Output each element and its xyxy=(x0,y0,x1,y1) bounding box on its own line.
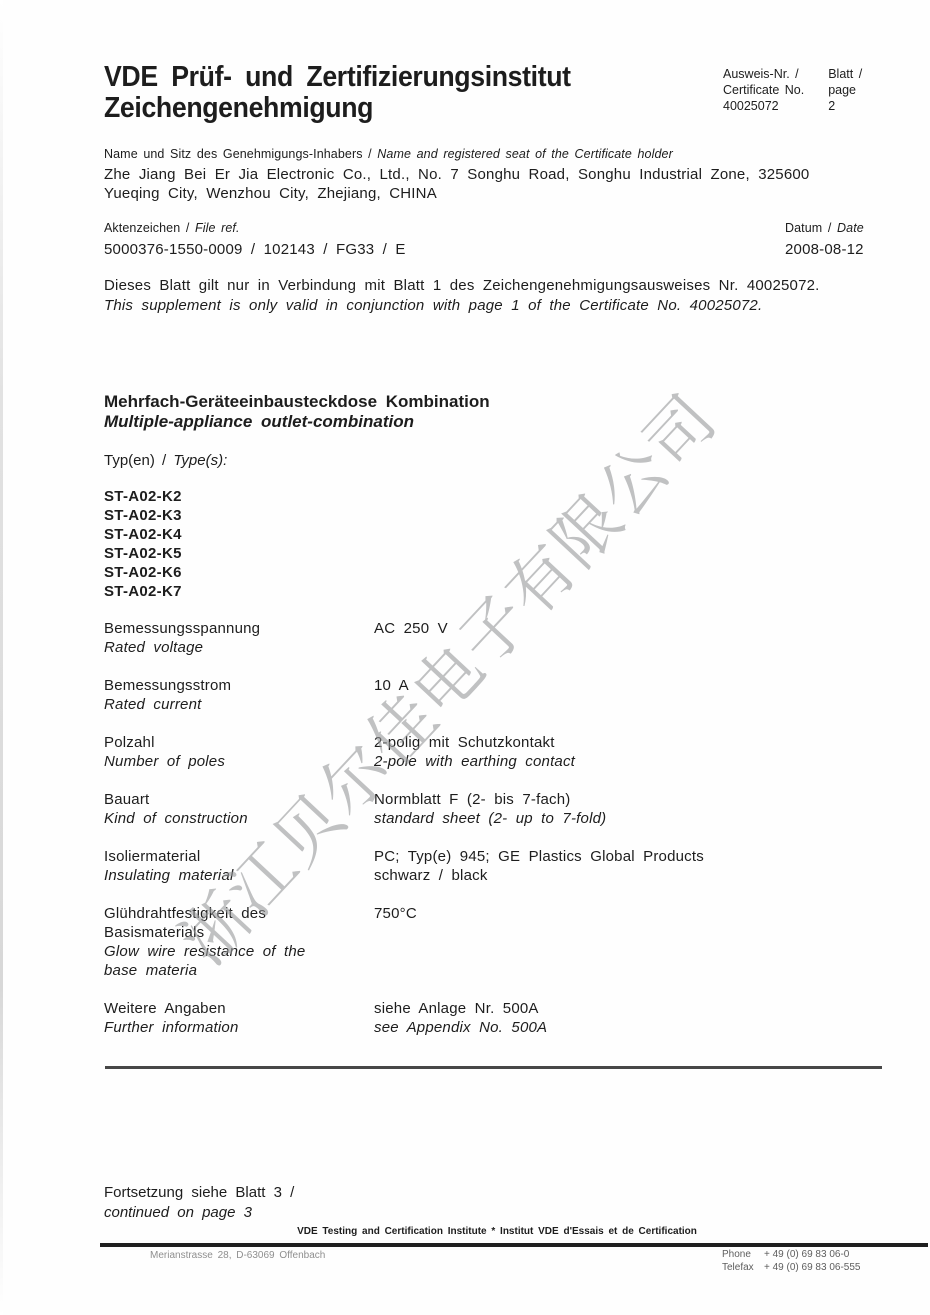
spec-label-en: Rated current xyxy=(104,695,374,714)
phone-row: Phone + 49 (0) 69 83 06-0 xyxy=(722,1248,860,1261)
spec-label-en: Kind of construction xyxy=(104,809,374,828)
cert-no-label-de: Ausweis-Nr. / xyxy=(723,66,804,82)
mid-page-rule xyxy=(105,1066,882,1069)
spec-label: Isoliermaterial Insulating material xyxy=(104,847,374,885)
fax-label: Telefax xyxy=(722,1261,764,1274)
spec-value: Normblatt F (2- bis 7-fach) standard she… xyxy=(374,790,824,828)
sheet-label-de: Blatt / xyxy=(828,66,862,82)
spec-label-en: base materia xyxy=(104,961,374,980)
footer-rule xyxy=(100,1243,928,1247)
spec-value: 2-polig mit Schutzkontakt 2-pole with ea… xyxy=(374,733,824,771)
file-ref-section: Aktenzeichen / File ref. 5000376-1550-00… xyxy=(104,221,406,259)
holder-label-de: Name und Sitz des Genehmigungs-Inhabers … xyxy=(104,147,377,161)
certificate-page: 浙江贝尔佳电子有限公司 VDE Prüf- und Zertifizierung… xyxy=(0,0,930,1315)
spec-label-de: Bemessungsstrom xyxy=(104,676,374,695)
date-label-en: Date xyxy=(837,221,864,235)
spec-label-en: Glow wire resistance of the xyxy=(104,942,374,961)
product-title-de: Mehrfach-Geräteeinbausteckdose Kombinati… xyxy=(104,392,490,412)
type-item: ST-A02-K5 xyxy=(104,544,182,563)
spec-label: Glühdrahtfestigkeit des Basismaterials G… xyxy=(104,904,374,980)
file-ref-value: 5000376-1550-0009 / 102143 / FG33 / E xyxy=(104,240,406,259)
type-item: ST-A02-K3 xyxy=(104,506,182,525)
sheet-no-value: 2 xyxy=(828,98,862,114)
spec-value-line: 10 A xyxy=(374,676,824,695)
spec-row-rated-current: Bemessungsstrom Rated current 10 A xyxy=(104,676,824,714)
holder-address-line1: Zhe Jiang Bei Er Jia Electronic Co., Ltd… xyxy=(104,165,809,184)
spec-value: AC 250 V xyxy=(374,619,824,657)
types-label: Typ(en) / Type(s): xyxy=(104,452,227,469)
institute-title-line1: VDE Prüf- und Zertifizierungsinstitut xyxy=(104,62,571,93)
file-ref-label: Aktenzeichen / File ref. xyxy=(104,221,406,235)
spec-row-number-of-poles: Polzahl Number of poles 2-polig mit Schu… xyxy=(104,733,824,771)
product-title-en: Multiple-appliance outlet-combination xyxy=(104,412,490,432)
spec-value-line: schwarz / black xyxy=(374,866,824,885)
product-title: Mehrfach-Geräteeinbausteckdose Kombinati… xyxy=(104,392,490,432)
spec-value: siehe Anlage Nr. 500A see Appendix No. 5… xyxy=(374,999,824,1037)
spec-label: Bemessungsstrom Rated current xyxy=(104,676,374,714)
continuation-note: Fortsetzung siehe Blatt 3 / continued on… xyxy=(104,1183,294,1223)
spec-label: Polzahl Number of poles xyxy=(104,733,374,771)
spec-value-line: 2-polig mit Schutzkontakt xyxy=(374,733,824,752)
validity-note-en: This supplement is only valid in conjunc… xyxy=(104,296,820,316)
footer-address: Merianstrasse 28, D-63069 Offenbach xyxy=(150,1250,325,1261)
cert-no-label-en: Certificate No. xyxy=(723,82,804,98)
spec-value-line-en: see Appendix No. 500A xyxy=(374,1018,824,1037)
holder-address-line2: Yueqing City, Wenzhou City, Zhejiang, CH… xyxy=(104,184,809,203)
spec-row-further-information: Weitere Angaben Further information sieh… xyxy=(104,999,824,1037)
fax-number: + 49 (0) 69 83 06-555 xyxy=(764,1261,860,1274)
spec-value-line: Normblatt F (2- bis 7-fach) xyxy=(374,790,824,809)
spec-label-en: Rated voltage xyxy=(104,638,374,657)
scan-edge-artifact xyxy=(0,0,3,1315)
file-ref-label-en: File ref. xyxy=(195,221,240,235)
spec-label: Bemessungsspannung Rated voltage xyxy=(104,619,374,657)
types-label-en: Type(s): xyxy=(173,452,227,469)
spec-label: Weitere Angaben Further information xyxy=(104,999,374,1037)
institute-footer-line: VDE Testing and Certification Institute … xyxy=(104,1226,890,1237)
spec-label-de: Polzahl xyxy=(104,733,374,752)
spec-value: PC; Typ(e) 945; GE Plastics Global Produ… xyxy=(374,847,824,885)
validity-note: Dieses Blatt gilt nur in Verbindung mit … xyxy=(104,276,820,316)
certificate-number-block: Ausweis-Nr. / Certificate No. 40025072 B… xyxy=(723,66,862,114)
type-list: ST-A02-K2 ST-A02-K3 ST-A02-K4 ST-A02-K5 … xyxy=(104,487,182,601)
spec-row-construction: Bauart Kind of construction Normblatt F … xyxy=(104,790,824,828)
spec-value-line-en: 2-pole with earthing contact xyxy=(374,752,824,771)
holder-section: Name und Sitz des Genehmigungs-Inhabers … xyxy=(104,147,809,203)
phone-number: + 49 (0) 69 83 06-0 xyxy=(764,1248,849,1261)
date-label: Datum / Date xyxy=(785,221,864,235)
spec-label-de: Basismaterials xyxy=(104,923,374,942)
spec-label: Bauart Kind of construction xyxy=(104,790,374,828)
spec-value: 750°C xyxy=(374,904,824,980)
spec-label-de: Bauart xyxy=(104,790,374,809)
fax-row: Telefax + 49 (0) 69 83 06-555 xyxy=(722,1261,860,1274)
spec-row-glow-wire: Glühdrahtfestigkeit des Basismaterials G… xyxy=(104,904,824,980)
spec-label-en: Insulating material xyxy=(104,866,374,885)
holder-label-en: Name and registered seat of the Certific… xyxy=(377,147,673,161)
spec-label-de: Bemessungsspannung xyxy=(104,619,374,638)
spec-label-en: Further information xyxy=(104,1018,374,1037)
validity-note-de: Dieses Blatt gilt nur in Verbindung mit … xyxy=(104,276,820,296)
spec-value-line: AC 250 V xyxy=(374,619,824,638)
spec-label-de: Glühdrahtfestigkeit des xyxy=(104,904,374,923)
spec-label-en: Number of poles xyxy=(104,752,374,771)
cert-no-value: 40025072 xyxy=(723,98,804,114)
file-ref-label-de: Aktenzeichen / xyxy=(104,221,195,235)
continuation-de: Fortsetzung siehe Blatt 3 / xyxy=(104,1183,294,1203)
types-label-de: Typ(en) / xyxy=(104,452,173,469)
type-item: ST-A02-K2 xyxy=(104,487,182,506)
holder-address: Zhe Jiang Bei Er Jia Electronic Co., Ltd… xyxy=(104,165,809,203)
sheet-label-en: page xyxy=(828,82,862,98)
spec-value-line-en: standard sheet (2- up to 7-fold) xyxy=(374,809,824,828)
spec-value-line: 750°C xyxy=(374,904,824,923)
holder-label: Name und Sitz des Genehmigungs-Inhabers … xyxy=(104,147,809,161)
spec-value-line: PC; Typ(e) 945; GE Plastics Global Produ… xyxy=(374,847,824,866)
type-item: ST-A02-K4 xyxy=(104,525,182,544)
spec-row-insulating-material: Isoliermaterial Insulating material PC; … xyxy=(104,847,824,885)
sheet-number-column: Blatt / page 2 xyxy=(828,66,862,114)
spec-label-de: Weitere Angaben xyxy=(104,999,374,1018)
continuation-en: continued on page 3 xyxy=(104,1203,294,1223)
spec-value: 10 A xyxy=(374,676,824,714)
spec-value-line: siehe Anlage Nr. 500A xyxy=(374,999,824,1018)
date-value: 2008-08-12 xyxy=(785,240,864,259)
spec-table: Bemessungsspannung Rated voltage AC 250 … xyxy=(104,619,824,1056)
date-label-de: Datum / xyxy=(785,221,837,235)
institute-title: VDE Prüf- und Zertifizierungsinstitut Ze… xyxy=(104,62,571,124)
institute-title-line2: Zeichengenehmigung xyxy=(104,93,571,124)
spec-row-rated-voltage: Bemessungsspannung Rated voltage AC 250 … xyxy=(104,619,824,657)
type-item: ST-A02-K6 xyxy=(104,563,182,582)
type-item: ST-A02-K7 xyxy=(104,582,182,601)
date-section: Datum / Date 2008-08-12 xyxy=(785,221,864,259)
certificate-number-column: Ausweis-Nr. / Certificate No. 40025072 xyxy=(723,66,804,114)
phone-label: Phone xyxy=(722,1248,764,1261)
spec-label-de: Isoliermaterial xyxy=(104,847,374,866)
footer-contact: Phone + 49 (0) 69 83 06-0 Telefax + 49 (… xyxy=(722,1248,860,1274)
